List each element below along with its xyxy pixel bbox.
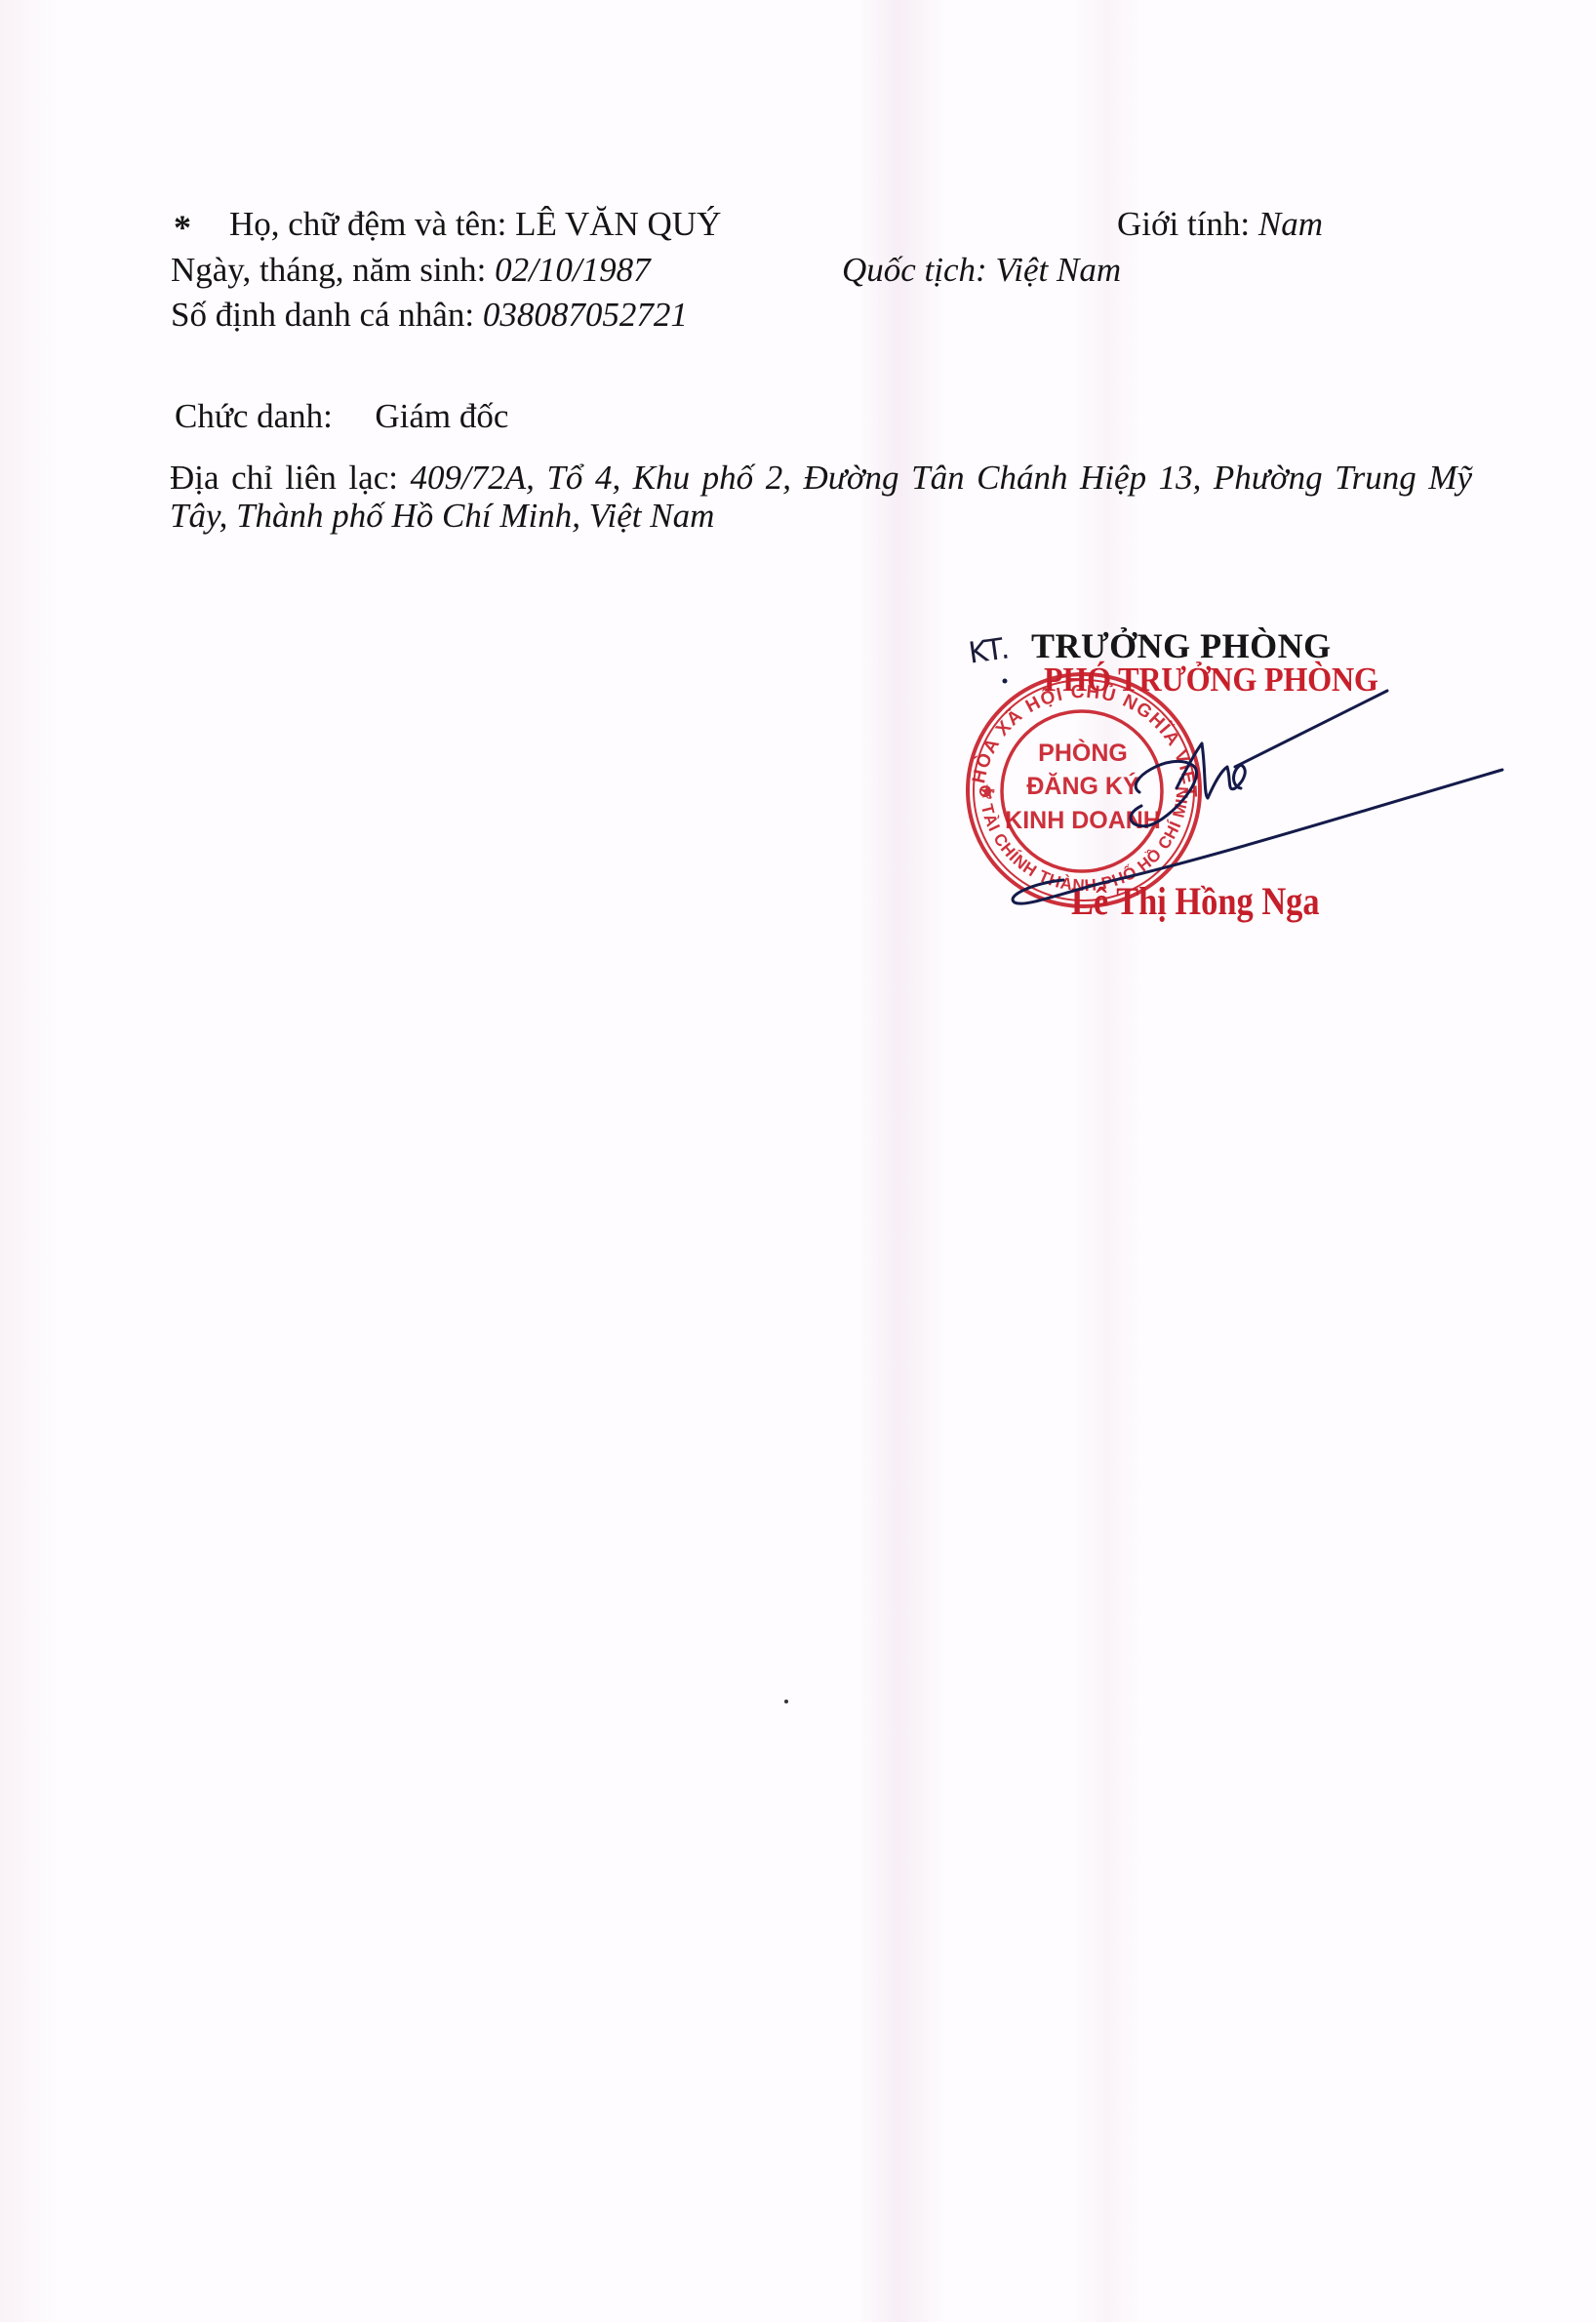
handwritten-signature-icon <box>0 0 1596 976</box>
signature-block: KT. TRƯỞNG PHÒNG PHÓ TRƯỞNG PHÒNG CỘNG H… <box>0 0 1596 976</box>
paper-speck <box>784 1700 788 1703</box>
